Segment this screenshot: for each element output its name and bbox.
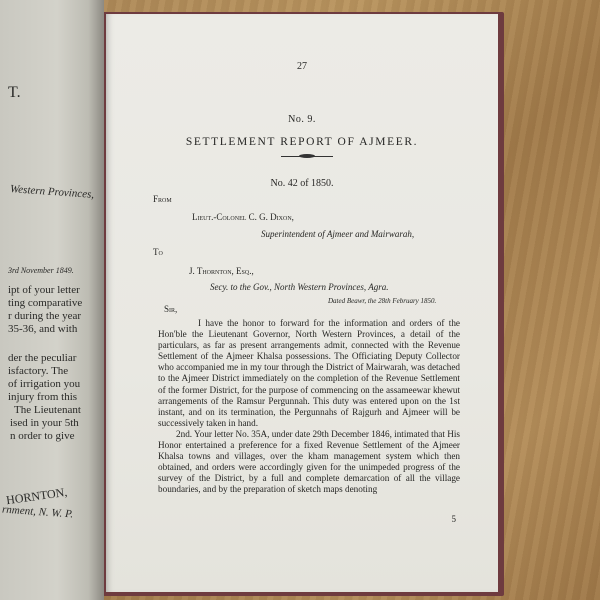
document-number: No. 9. (106, 114, 498, 125)
letter-body: I have the honor to forward for the info… (158, 318, 460, 496)
recipient-name: J. Thornton, Esq., (189, 266, 254, 276)
page-number: 27 (106, 61, 498, 72)
right-page: 27 No. 9. SETTLEMENT REPORT OF AJMEER. N… (106, 14, 498, 592)
left-page-fragment: n order to give (10, 430, 74, 443)
document-title: SETTLEMENT REPORT OF AJMEER. (106, 136, 498, 148)
left-page-fragment: der the peculiar (8, 352, 76, 365)
left-page-fragment: Western Provinces, (10, 183, 95, 202)
left-page-fragment: isfactory. The (8, 365, 68, 378)
recipient-title: Secy. to the Gov., North Western Provinc… (210, 282, 388, 292)
left-page-fragment: r during the year (8, 310, 81, 323)
left-page-fragment: T. (8, 86, 21, 99)
sender-title: Superintendent of Ajmeer and Mairwarah, (261, 229, 414, 239)
salutation: Sir, (164, 304, 177, 314)
paragraph-1: I have the honor to forward for the info… (158, 318, 460, 429)
paragraph-2: 2nd. Your letter No. 35A, under date 29t… (158, 429, 460, 496)
left-page-fragment: 35-36, and with (8, 323, 77, 336)
ornamental-rule (281, 156, 333, 157)
to-label: To (153, 247, 163, 257)
sender-name: Lieut.-Colonel C. G. Dixon, (192, 212, 294, 222)
left-page-fragment: of irrigation you (8, 378, 80, 391)
left-page-fragment: ting comparative (8, 297, 82, 310)
left-page-fragment: ipt of your letter (8, 284, 80, 297)
signature-mark: 5 (452, 514, 457, 524)
dated-line: Dated Beawr, the 28th February 1850. (328, 297, 436, 305)
left-page: T.Western Provinces,3rd November 1849.ip… (0, 0, 104, 600)
left-page-fragment: 3rd November 1849. (8, 264, 74, 277)
left-page-fragment: ised in your 5th (10, 417, 79, 430)
left-page-fragment: injury from this (8, 391, 77, 404)
left-page-fragment: The Lieutenant (14, 404, 81, 417)
left-page-fragment: rnment, N. W. P. (2, 504, 74, 522)
from-label: From (153, 194, 172, 204)
reference-number: No. 42 of 1850. (106, 178, 498, 189)
